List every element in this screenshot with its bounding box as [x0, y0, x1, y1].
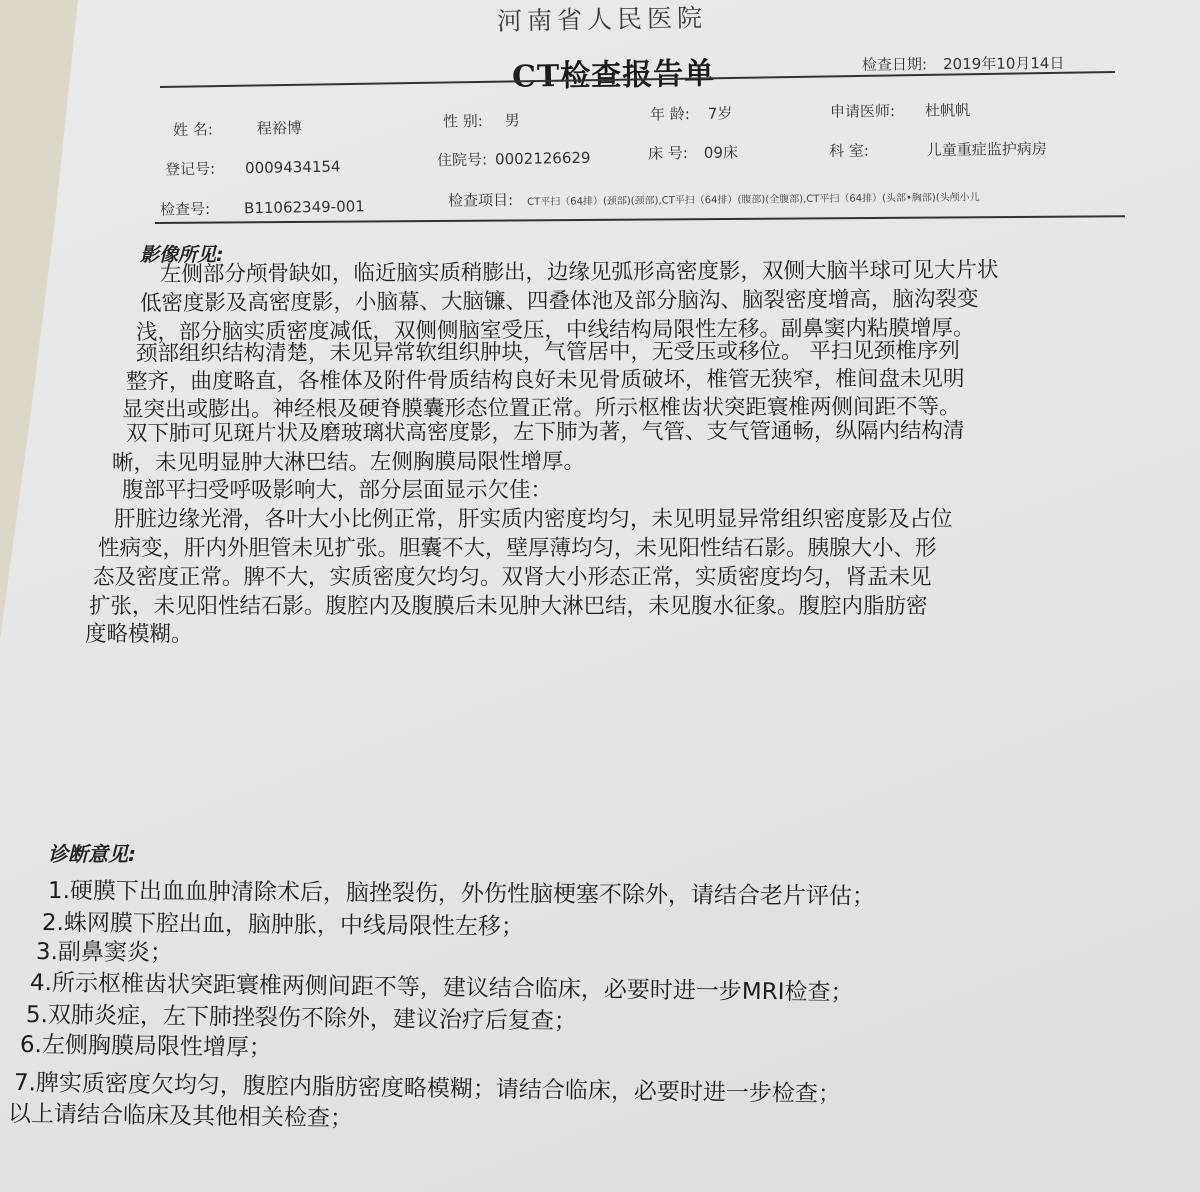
exam-no-label: 检查号: [160, 198, 210, 220]
field-age: 年 龄:7岁 [650, 102, 733, 124]
exam-date-value: 2019年10月14日 [943, 54, 1065, 73]
diagnosis-item: 3.副鼻窦炎； [36, 933, 173, 967]
findings-line: 晰，未见明显肿大淋巴结。左侧胸膜局限性增厚。 [112, 447, 585, 479]
hospital-name: 河南省人民医院 [497, 0, 708, 38]
findings-line: 扩张，未见阳性结石影。腹腔内及腹膜后未见肿大淋巴结，未见腹水征象。腹腔内脂肪密 [89, 592, 928, 622]
findings-line: 态及密度正常。脾不大，实质密度欠均匀。双肾大小形态正常，实质密度均匀，肾盂未见 [93, 563, 932, 593]
diagnosis-item: 以上请结合临床及其他相关检查； [8, 1095, 353, 1133]
doctor-value: 杜帆帆 [925, 99, 970, 120]
exam-date-label: 检查日期: [862, 55, 927, 74]
dept-value: 儿童重症监护病房 [927, 138, 1047, 160]
field-exam-items: 检查项目:CT平扫（64排）(颈部)(颈部),CT平扫（64排）(腹部)(全腹部… [448, 184, 980, 211]
diagnosis-title: 诊断意见: [48, 838, 136, 867]
bed-value: 09床 [704, 141, 738, 162]
field-bed: 床 号:09床 [648, 141, 738, 163]
findings-line: 肝脏边缘光滑，各叶大小比例正常，肝实质内密度均匀，未见明显异常组织密度影及占位 [114, 505, 953, 535]
exam-items-value: CT平扫（64排）(颈部)(颈部),CT平扫（64排）(腹部)(全腹部),CT平… [527, 188, 980, 208]
report-title: CT检查报告单 [512, 48, 716, 96]
reg-no-label: 登记号: [165, 158, 215, 180]
exam-items-label: 检查项目: [448, 189, 513, 211]
doctor-label: 申请医师: [830, 100, 895, 122]
name-label: 姓 名: [173, 118, 213, 140]
sex-label: 性 别: [443, 110, 483, 132]
diagnosis-item: 6.左侧胸膜局限性增厚； [20, 1026, 272, 1062]
field-exam-no: 检查号:B11062349-001 [160, 195, 365, 220]
reg-no-value: 0009434154 [245, 157, 341, 177]
report-paper: 河南省人民医院 CT检查报告单 检查日期:2019年10月14日 姓 名:程裕博… [0, 0, 1200, 1192]
field-dept: 科 室:儿童重症监护病房 [829, 138, 1047, 161]
inpatient-no-value: 0002126629 [495, 149, 591, 169]
exam-no-value: B11062349-001 [244, 197, 365, 217]
age-value: 7岁 [708, 102, 733, 123]
field-name: 姓 名:程裕博 [173, 117, 302, 140]
field-reg-no: 登记号:0009434154 [165, 155, 341, 179]
field-doctor: 申请医师:杜帆帆 [830, 99, 970, 121]
findings-line: 腹部平扫受呼吸影响大，部分层面显示欠佳： [122, 476, 552, 506]
field-sex: 性 别:男 [443, 109, 520, 131]
findings-line: 性病变，肝内外胆管未见扩张。胆囊不大，壁厚薄均匀，未见阳性结石影。胰腺大小、形 [98, 534, 937, 564]
findings-line: 双下肺可见斑片状及磨玻璃状高密度影，左下肺为著，气管、支气管通畅，纵隔内结构清 [126, 417, 965, 450]
sex-value: 男 [505, 109, 520, 130]
findings-line: 度略模糊。 [85, 620, 193, 650]
field-inpatient-no: 住院号:0002126629 [437, 147, 591, 171]
dept-label: 科 室: [829, 140, 869, 161]
bed-label: 床 号: [648, 142, 688, 164]
age-label: 年 龄: [650, 103, 690, 125]
name-value: 程裕博 [257, 117, 302, 139]
inpatient-no-label: 住院号: [437, 148, 487, 170]
